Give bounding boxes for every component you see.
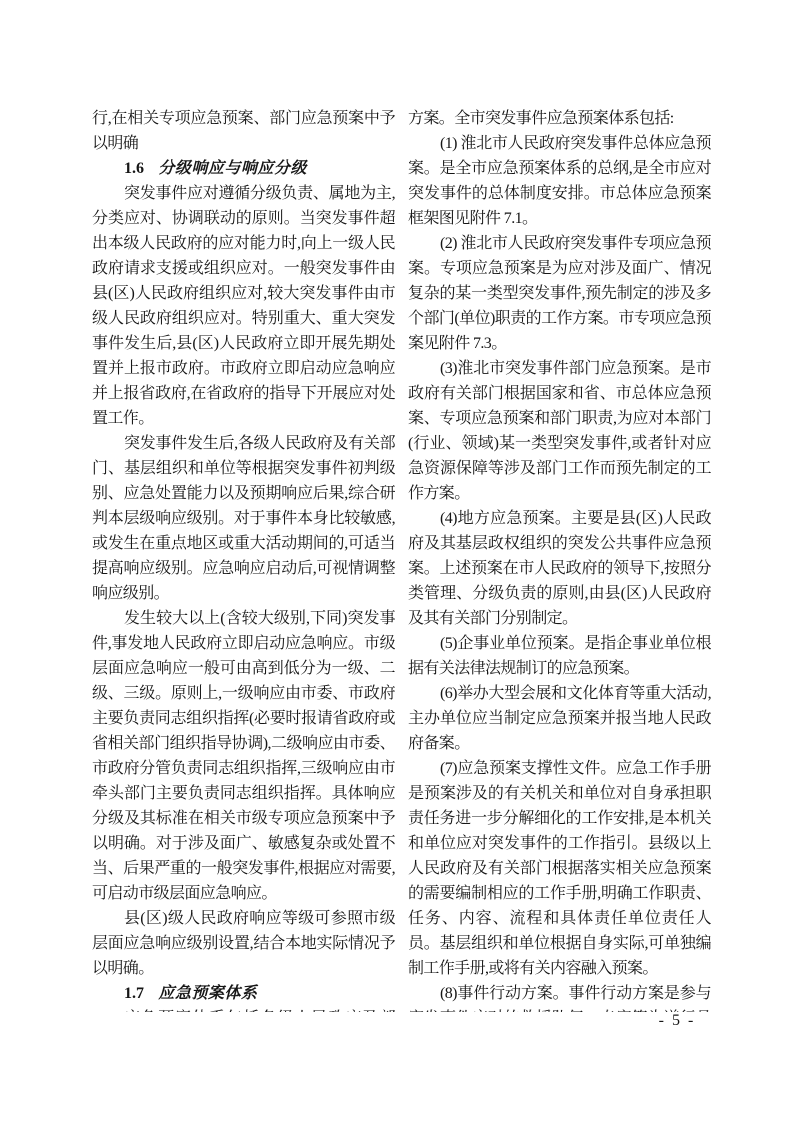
paragraph: 行,在相关专项应急预案、部门应急预案中予以明确 [92, 106, 395, 156]
section-heading-number: 1.7 [124, 985, 144, 1002]
list-item-8: (8)事件行动方案。事件行动方案是参与突发事件应对的救援队伍、专家等为遂行具体任… [408, 981, 711, 1012]
list-item-3: (3)淮北市突发事件部门应急预案。是市政府有关部门根据国家和省、市总体应急预案、… [408, 356, 711, 506]
page-number: - 5 - [642, 1012, 712, 1030]
list-item-2: (2) 淮北市人民政府突发事件专项应急预案。专项应急预案是为应对涉及面广、情况复… [408, 231, 711, 356]
paragraph: 突发事件发生后,各级人民政府及有关部门、基层组织和单位等根据突发事件初判级别、应… [92, 431, 395, 606]
section-heading-title: 应急预案体系 [158, 985, 257, 1002]
list-item-4: (4)地方应急预案。主要是县(区)人民政府及其基层政权组织的突发公共事件应急预案… [408, 506, 711, 631]
document-page: 行,在相关专项应急预案、部门应急预案中予以明确 1.6分级响应与响应分级 突发事… [0, 0, 793, 1122]
page-columns: 行,在相关专项应急预案、部门应急预案中予以明确 1.6分级响应与响应分级 突发事… [92, 106, 711, 1012]
list-item-7: (7)应急预案支撑性文件。应急工作手册是预案涉及的有关机关和单位对自身承担职责任… [408, 756, 711, 981]
paragraph: 发生较大以上(含较大级别,下同)突发事件,事发地人民政府立即启动应急响应。市级层… [92, 606, 395, 906]
paragraph: 方案。全市突发事件应急预案体系包括: [408, 106, 711, 131]
left-column: 行,在相关专项应急预案、部门应急预案中予以明确 1.6分级响应与响应分级 突发事… [92, 106, 395, 1012]
section-heading-number: 1.6 [124, 160, 144, 177]
section-heading-title: 分级响应与响应分级 [158, 160, 307, 177]
right-column: 方案。全市突发事件应急预案体系包括: (1) 淮北市人民政府突发事件总体应急预案… [408, 106, 711, 1012]
list-item-6: (6)举办大型会展和文化体育等重大活动,主办单位应当制定应急预案并报当地人民政府… [408, 681, 711, 756]
section-heading-1-6: 1.6分级响应与响应分级 [92, 156, 395, 181]
list-item-5: (5)企事业单位预案。是指企事业单位根据有关法律法规制订的应急预案。 [408, 631, 711, 681]
paragraph: 应急预案体系包括各级人民政府及部门、基层组织和单位制定的各类突发事件应急预案,以… [92, 1006, 395, 1012]
paragraph: 突发事件应对遵循分级负责、属地为主,分类应对、协调联动的原则。当突发事件超出本级… [92, 181, 395, 431]
paragraph: 县(区)级人民政府响应等级可参照市级层面应急响应级别设置,结合本地实际情况予以明… [92, 906, 395, 981]
list-item-1: (1) 淮北市人民政府突发事件总体应急预案。是全市应急预案体系的总纲,是全市应对… [408, 131, 711, 231]
section-heading-1-7: 1.7应急预案体系 [92, 981, 395, 1006]
